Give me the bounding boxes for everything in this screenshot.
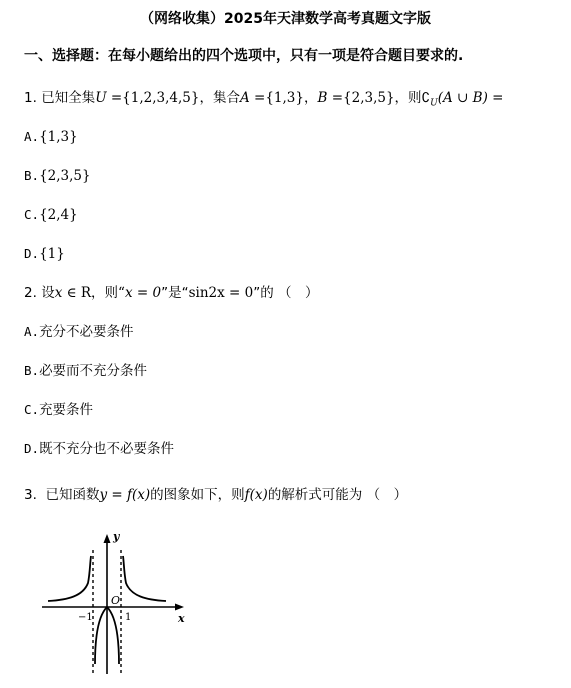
option-1c[interactable]: C.{2,4} xyxy=(24,205,78,225)
option-2a[interactable]: A.充分不必要条件 xyxy=(24,322,134,342)
option-1d[interactable]: D.{1} xyxy=(24,244,65,264)
question-number: 3. xyxy=(24,487,37,503)
option-2c[interactable]: C.充要条件 xyxy=(24,400,93,420)
function-graph: y x O −1 1 xyxy=(38,528,190,678)
document-title: （网络收集）2025年天津数学高考真题文字版 xyxy=(0,8,571,28)
x-axis-label: x xyxy=(177,612,185,625)
question-1-stem: 1. 已知全集U ={1,2,3,4,5}，集合A ={1,3}，B ={2,3… xyxy=(24,88,503,114)
question-number: 1. xyxy=(24,90,37,106)
option-1a[interactable]: A.{1,3} xyxy=(24,127,78,147)
tick-one: 1 xyxy=(125,612,131,623)
function-graph-figure: y x O −1 1 xyxy=(38,528,190,678)
question-2-stem: 2. 设x ∈ R，则“x = 0”是“sin2x = 0”的 （ ） xyxy=(24,283,319,303)
option-2b[interactable]: B.必要而不充分条件 xyxy=(24,361,147,381)
option-1b[interactable]: B.{2,3,5} xyxy=(24,166,91,186)
question-number: 2. xyxy=(24,285,37,301)
section-heading: 一、选择题：在每小题给出的四个选项中，只有一项是符合题目要求的. xyxy=(24,46,463,66)
origin-label: O xyxy=(111,594,120,607)
question-3-stem: 3. 已知函数y = f(x)的图象如下，则f(x)的解析式可能为 （ ） xyxy=(24,485,407,505)
option-2d[interactable]: D.既不充分也不必要条件 xyxy=(24,439,174,459)
tick-neg-one: −1 xyxy=(78,612,93,623)
y-axis-label: y xyxy=(112,530,121,543)
